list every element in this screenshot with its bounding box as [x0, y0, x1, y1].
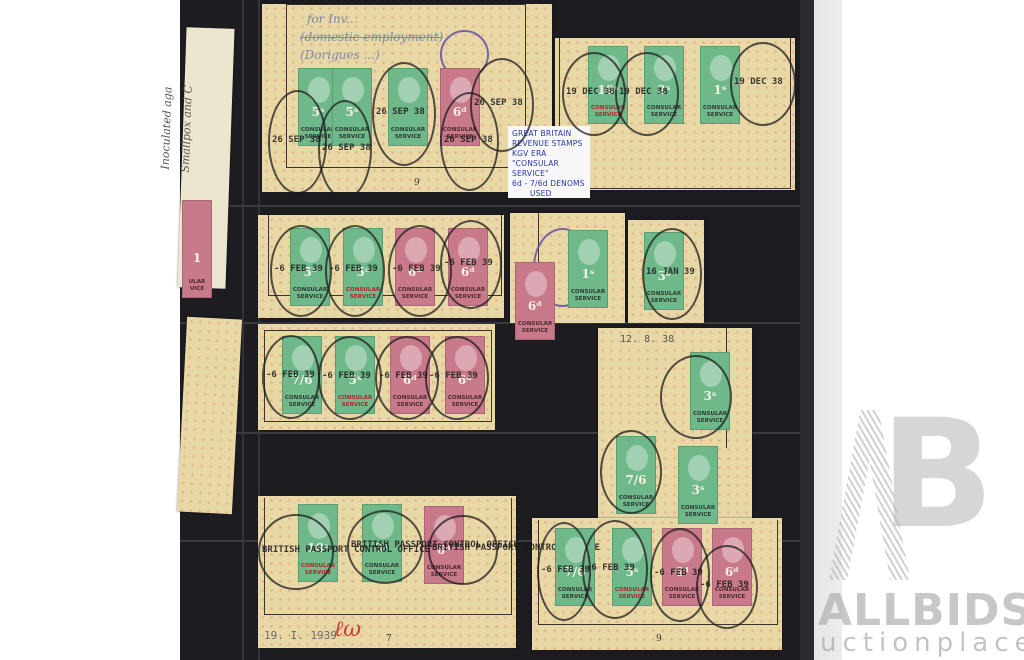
- album-divider: [242, 0, 244, 660]
- note-line: "CONSULAR SERVICE": [512, 159, 586, 179]
- stamp: 3ˢCONSULARSERVICE: [678, 446, 718, 524]
- postmark-date: -6 FEB 39: [429, 371, 478, 381]
- stamp-value: 6ᵈ: [516, 299, 554, 313]
- postmark-date: -6 FEB 39: [322, 371, 371, 381]
- page-number: 9: [656, 634, 662, 644]
- stamp: 1 ULARVICE: [182, 200, 212, 298]
- postmark-date: 26 SEP 38: [474, 98, 523, 108]
- king-portrait-icon: [710, 55, 732, 81]
- red-initial: ℓω: [334, 616, 361, 642]
- watermark-tagline: uctionplace: [820, 628, 1024, 658]
- stamp-label: VICE: [190, 286, 204, 292]
- king-portrait-icon: [688, 455, 710, 481]
- stamp-label: ULAR: [189, 279, 206, 285]
- postmark-cancel: [660, 355, 732, 439]
- page-number: 9: [414, 178, 420, 188]
- king-portrait-icon: [578, 239, 600, 265]
- postmark-date: 26 SEP 38: [272, 135, 321, 145]
- postmark-date: -6 FEB 39: [274, 264, 323, 274]
- postmark-date: 26 SEP 38: [444, 135, 493, 145]
- stamp: 6ᵈCONSULARSERVICE: [515, 262, 555, 340]
- stamp-value: 1ˢ: [569, 267, 607, 281]
- postmark-date: 19 DEC 38: [566, 87, 615, 97]
- postmark-date: 19 DEC 38: [734, 77, 783, 87]
- postmark-date: -6 FEB 39: [541, 565, 590, 575]
- album-strip: [180, 205, 800, 207]
- page-number: 7: [386, 634, 392, 644]
- stamp-label: CONSULARSERVICE: [516, 321, 554, 335]
- postmark-date: 16 JAN 39: [646, 267, 695, 277]
- postmark-date: 26 SEP 38: [376, 107, 425, 117]
- postmark-date: -6 FEB 39: [392, 264, 441, 274]
- postmark-date: -6 FEB 39: [379, 371, 428, 381]
- handwriting: (Dorigues ...): [300, 48, 380, 62]
- stamp-label: CONSULARSERVICE: [569, 289, 607, 303]
- handwriting: Inoculated aga: [159, 86, 175, 169]
- handwriting: Smallpox and C: [179, 85, 195, 173]
- pencil-date: 12. 8. 38: [620, 334, 674, 345]
- postmark-date: -6 FEB 39: [700, 580, 749, 590]
- note-line: USED: [512, 189, 586, 199]
- postmark-date: -6 FEB 39: [654, 568, 703, 578]
- stamp-label: CONSULARSERVICE: [701, 105, 739, 119]
- stamp-value: 3ˢ: [679, 483, 717, 497]
- note-line: REVENUE STAMPS: [512, 139, 586, 149]
- postmark-date: -6 FEB 39: [329, 264, 378, 274]
- stamp-label: CONSULARSERVICE: [679, 505, 717, 519]
- postmark-date: -6 FEB 39: [444, 258, 493, 268]
- postmark-date: 19 DEC 38: [619, 87, 668, 97]
- postmark-date: 26 SEP 38: [322, 143, 371, 153]
- king-portrait-icon: [525, 271, 547, 297]
- postmark-cancel: [600, 430, 662, 514]
- handwriting: (domestic employment): [300, 30, 443, 44]
- left-fragment-bottom: [177, 317, 242, 515]
- stamp: 1ˢCONSULARSERVICE: [568, 230, 608, 308]
- note-line: 6d - 7/6d DENOMS: [512, 179, 586, 189]
- watermark-b-icon: B: [880, 400, 994, 550]
- postmark-date: -6 FEB 39: [266, 370, 315, 380]
- stamp-value: 1: [183, 251, 211, 265]
- postmark-date: -6 FEB 39: [586, 563, 635, 573]
- date-stamp: 19. I. 1939: [264, 629, 337, 642]
- note-line: KGV ERA: [512, 149, 586, 159]
- handwriting: for Inv...: [307, 12, 357, 26]
